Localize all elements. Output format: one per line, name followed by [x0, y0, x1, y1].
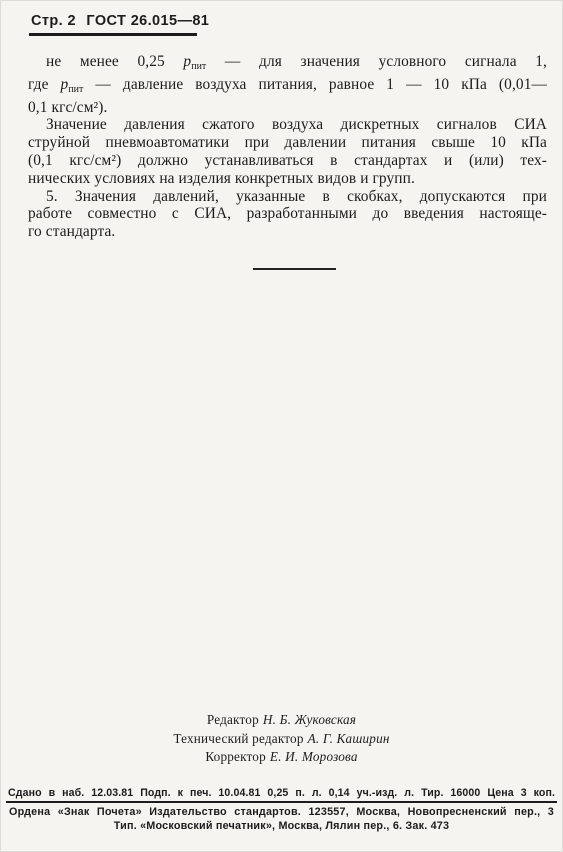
pressure-variable-subscript: пит [68, 84, 83, 95]
body-line: го стандарта. [28, 223, 547, 241]
body-line-text: — давление воздуха питания, равное 1 — 1… [83, 76, 547, 93]
body-line: где рпит — давление воздуха питания, рав… [28, 76, 547, 99]
body-line: Значение давления сжатого воздуха дискре… [28, 116, 547, 134]
credit-role: Корректор [205, 749, 266, 764]
body-line: не менее 0,25 рпит — для значения условн… [28, 53, 547, 76]
imprint-publisher: Ордена «Знак Почета» Издательство станда… [9, 806, 554, 818]
credit-name: А. Г. Каширин [308, 731, 390, 746]
pressure-variable-subscript: пит [191, 61, 206, 72]
credit-role: Технический редактор [173, 731, 303, 746]
body-line-text: где [28, 76, 61, 93]
document-page: Стр. 2 ГОСТ 26.015—81 не менее 0,25 рпит… [0, 0, 563, 852]
credits-block: РедакторН. Б. Жуковская Технический реда… [1, 711, 562, 767]
imprint-divider [6, 801, 557, 803]
imprint-print-data: Сдано в наб. 12.03.81 Подп. к печ. 10.04… [8, 787, 555, 799]
header-underline [29, 33, 197, 36]
body-line-text: не менее 0,25 [46, 53, 183, 70]
credit-line-tech-editor: Технический редакторА. Г. Каширин [1, 730, 562, 749]
body-line: 5. Значения давлений, указанные в скобка… [28, 188, 547, 206]
body-line: (0,1 кгс/см²) должно устанавливаться в с… [28, 152, 547, 170]
credit-line-editor: РедакторН. Б. Жуковская [1, 711, 562, 730]
standard-number: ГОСТ 26.015—81 [86, 13, 209, 29]
body-line: струйной пневмоавтоматики при давлении п… [28, 134, 547, 152]
credit-line-corrector: КорректорЕ. И. Морозова [1, 748, 562, 767]
section-divider [253, 268, 336, 270]
credit-name: Н. Б. Жуковская [263, 712, 356, 727]
body-line: 0,1 кгс/см²). [28, 99, 547, 117]
body-line-text: — для значения условного сигнала 1, [206, 53, 547, 70]
imprint-printer: Тип. «Московский печатник», Москва, Ляли… [1, 820, 562, 832]
credit-name: Е. И. Морозова [270, 749, 358, 764]
page-header: Стр. 2 ГОСТ 26.015—81 [31, 13, 209, 29]
body-line: работе совместно с СИА, разработанными д… [28, 205, 547, 223]
body-line: нических условиях на изделия конкретных … [28, 170, 547, 188]
credit-role: Редактор [207, 712, 259, 727]
body-text: не менее 0,25 рпит — для значения условн… [28, 53, 547, 241]
page-number-label: Стр. 2 [31, 13, 76, 29]
